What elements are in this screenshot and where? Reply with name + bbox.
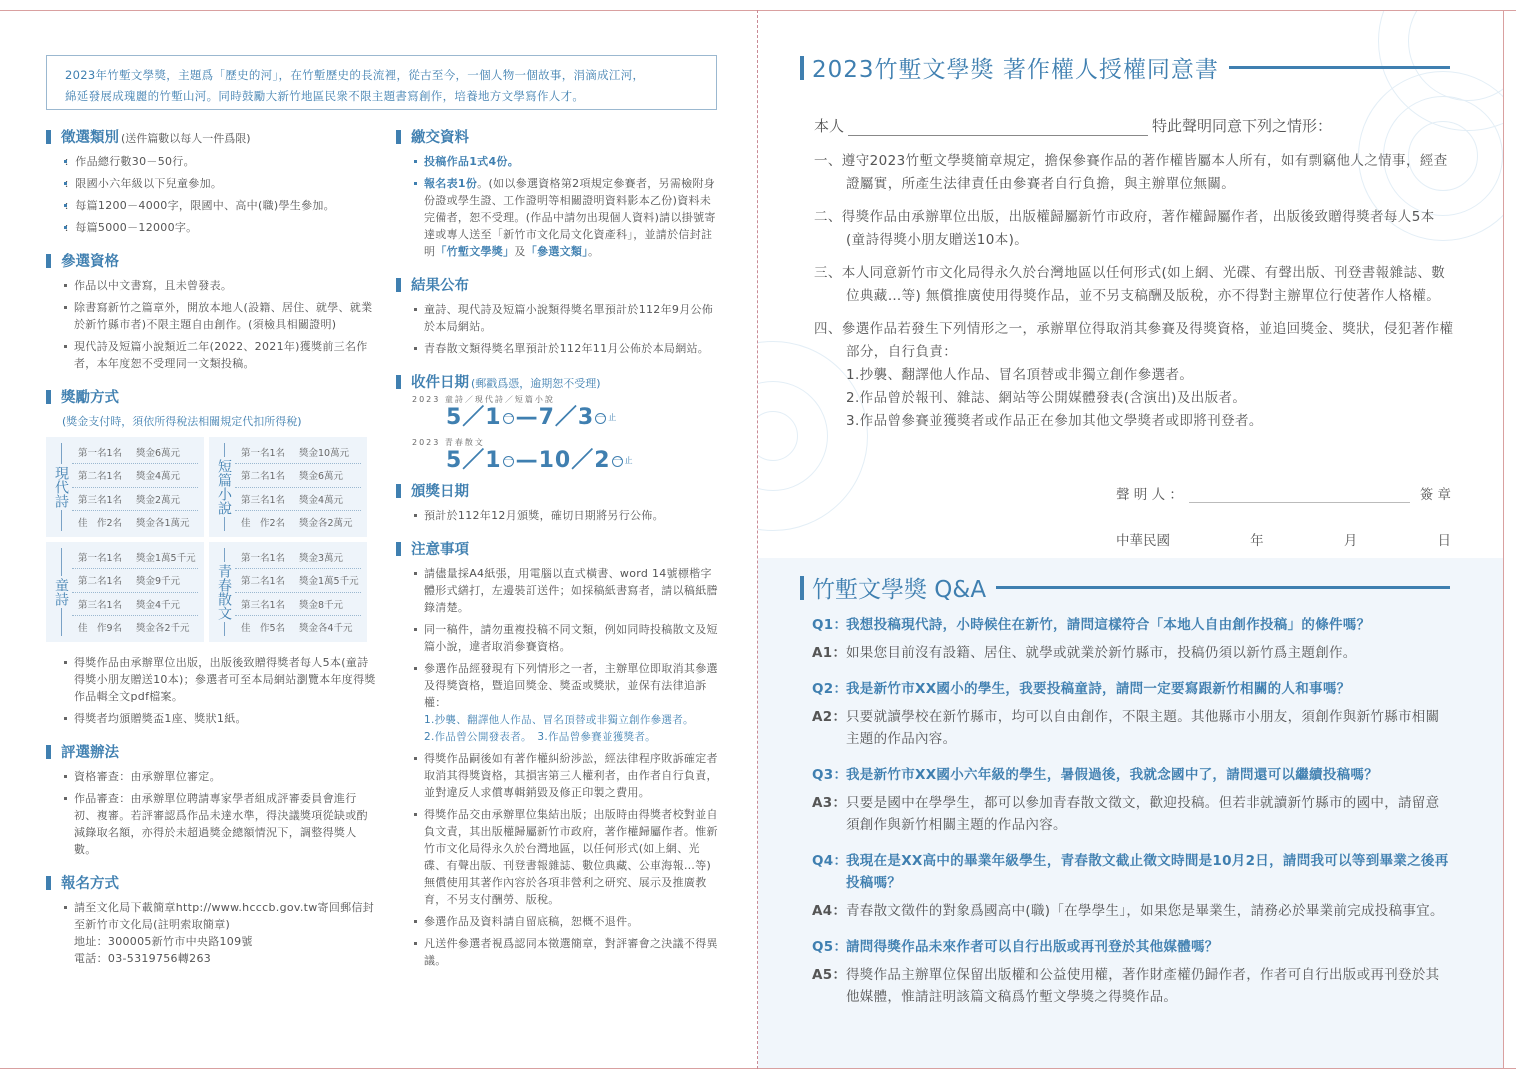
- trim-line-bottom: [0, 1068, 1516, 1069]
- consent-form: 本人 特此聲明同意下列之情形： 一、遵守2023竹塹文學獎簡章規定，擔保參賽作品…: [814, 115, 1454, 443]
- award-category-label: 短篇小說: [213, 441, 235, 533]
- judging-list: 資格審查：由承辦單位審定。 作品審查：由承辦單位聘請專家學者組成評審委員會進行初…: [46, 768, 376, 858]
- title-bar-icon: [800, 56, 804, 80]
- title-rule: [1229, 66, 1450, 69]
- qa-item: Q1：我想投稿現代詩，小時候住在新竹，請問這樣符合「本地人自由創作投稿」的條件嗎…: [812, 614, 1452, 664]
- eligibility-item: 除書寫新竹之篇章外，開放本地人(設籍、居住、就學、就業於新竹縣市者)不限主題自由…: [64, 299, 376, 333]
- award-row: 第二名1名獎金9千元: [72, 569, 198, 592]
- eligibility-item: 作品以中文書寫，且未曾發表。: [64, 277, 376, 294]
- right-page: 2023竹塹文學獎 著作權人授權同意書 本人 特此聲明同意下列之情形： 一、遵守…: [758, 11, 1503, 1068]
- category-item: 現 代 詩：作品總行數30－50行。: [64, 153, 376, 170]
- section-title-categories: 徵選類別 (送件篇數以每人一件爲限): [46, 126, 376, 147]
- consent-intro: 本人 特此聲明同意下列之情形：: [814, 115, 1454, 136]
- submission-list: 投稿作品1式4份。 報名表1份。(如以參選資格第2項規定參賽者，另需檢附身份證或…: [396, 153, 721, 260]
- award-row: 第二名1名獎金1萬5千元: [235, 569, 361, 592]
- deadline-block-poetry-story: 2023 童詩／現代詩／短篇小說 5／1一—7／3一止: [412, 394, 721, 431]
- notes-item: 同一稿件，請勿重複投稿不同文類，例如同時投稿散文及短篇小說，違者取消參賽資格。: [414, 621, 721, 655]
- award-row: 第一名1名獎金1萬5千元: [72, 546, 198, 569]
- submission-item: 投稿作品1式4份。: [414, 153, 721, 170]
- consent-clause: 一、遵守2023竹塹文學獎簡章規定，擔保參賽作品的著作權皆屬本人所有，如有剽竊他…: [814, 150, 1454, 196]
- award-extra-item: 得獎者均頒贈獎盃1座、獎狀1紙。: [64, 710, 376, 727]
- category-item: 童 詩：限國小六年級以下兒童參加。: [64, 175, 376, 192]
- consent-title: 2023竹塹文學獎 著作權人授權同意書: [800, 51, 1450, 84]
- name-fill-line[interactable]: [848, 118, 1148, 136]
- award-box-children-poetry: 童詩 第一名1名獎金1萬5千元 第二名1名獎金9千元 第三名1名獎金4千元 佳 …: [46, 542, 204, 642]
- left-column-a: 徵選類別 (送件篇數以每人一件爲限) 現 代 詩：作品總行數30－50行。 童 …: [46, 126, 376, 981]
- eligibility-list: 作品以中文書寫，且未曾發表。 除書寫新竹之篇章外，開放本地人(設籍、居住、就學、…: [46, 277, 376, 372]
- section-title-deadline: 收件日期 (郵戳爲憑，逾期恕不受理): [396, 371, 721, 392]
- notes-item: 得獎作品交由承辦單位集結出版；出版時由得獎者校對並自負文責，其出版權歸屬新竹市政…: [414, 806, 721, 908]
- award-row: 第三名1名獎金8千元: [235, 593, 361, 616]
- award-row: 第三名1名獎金4萬元: [235, 488, 361, 511]
- section-bar-icon: [396, 484, 401, 498]
- question: Q4：我現在是XX高中的畢業年級學生，青春散文截止徵文時間是10月2日，請問我可…: [812, 850, 1452, 894]
- categories-list: 現 代 詩：作品總行數30－50行。 童 詩：限國小六年級以下兒童參加。 青春散…: [46, 153, 376, 236]
- section-title-awards: 獎勵方式: [46, 386, 376, 407]
- answer: A3：只要是國中在學學生，都可以參加青春散文徵文，歡迎投稿。但若非就讀新竹縣市的…: [812, 792, 1452, 836]
- section-title-eligibility: 參選資格: [46, 250, 376, 271]
- award-extra-list: 得獎作品由承辦單位出版，出版後致贈得獎者每人5本(童詩得獎小朋友贈送10本)；參…: [46, 654, 376, 727]
- intro-line-1: 2023年竹塹文學獎，主題爲「歷史的河」，在竹塹歷史的長流裡，從古至今，一個人物…: [65, 65, 698, 86]
- qa-list: Q1：我想投稿現代詩，小時候住在新竹，請問這樣符合「本地人自由創作投稿」的條件嗎…: [812, 614, 1452, 1022]
- section-bar-icon: [46, 876, 51, 890]
- notes-list: 請儘量採A4紙張，用電腦以直式橫書、word 14號標楷字體形式繕打，左邊裝訂送…: [396, 565, 721, 969]
- ceremony-list: 預計於112年12月頒獎，確切日期將另行公佈。: [396, 507, 721, 524]
- section-bar-icon: [396, 278, 401, 292]
- trim-line-right: [1503, 10, 1504, 1069]
- section-title-submission: 繳交資料: [396, 126, 721, 147]
- category-item: 青春散文：每篇1200－4000字，限國中、高中(職)學生參加。: [64, 197, 376, 214]
- weekday-circle-icon: 一: [503, 456, 514, 467]
- date-row: 中華民國 年 月 日: [1116, 529, 1451, 549]
- section-bar-icon: [46, 130, 51, 144]
- qa-item: Q2：我是新竹市XX國小的學生，我要投稿童詩，請問一定要寫跟新竹相關的人和事嗎？…: [812, 678, 1452, 750]
- ceremony-item: 預計於112年12月頒獎，確切日期將另行公佈。: [414, 507, 721, 524]
- section-bar-icon: [46, 254, 51, 268]
- title-bar-icon: [800, 576, 804, 600]
- award-category-label: 現代詩: [50, 441, 72, 533]
- registration-list: 請至文化局下載簡章http://www.hcccb.gov.tw寄回郵信封至新竹…: [46, 899, 376, 967]
- award-row: 第一名1名獎金6萬元: [72, 441, 198, 464]
- award-row: 佳 作2名獎金各1萬元: [72, 511, 198, 533]
- notes-item: 參選作品及資料請自留底稿，恕概不退件。: [414, 913, 721, 930]
- section-title-registration: 報名方式: [46, 872, 376, 893]
- award-category-label: 青春散文: [213, 546, 235, 638]
- award-extra-item: 得獎作品由承辦單位出版，出版後致贈得獎者每人5本(童詩得獎小朋友贈送10本)；參…: [64, 654, 376, 705]
- award-box-modern-poetry: 現代詩 第一名1名獎金6萬元 第二名1名獎金4萬元 第三名1名獎金2萬元 佳 作…: [46, 437, 204, 537]
- intro-box: 2023年竹塹文學獎，主題爲「歷史的河」，在竹塹歷史的長流裡，從古至今，一個人物…: [46, 55, 717, 110]
- weekday-circle-icon: 一: [612, 456, 623, 467]
- results-item: 青春散文類得獎名單預計於112年11月公佈於本局網站。: [414, 340, 721, 357]
- judging-item: 作品審查：由承辦單位聘請專家學者組成評審委員會進行初、複審。若評審認爲作品未達水…: [64, 790, 376, 858]
- qa-title: 竹塹文學獎 Q&A: [800, 571, 1450, 604]
- question: Q2：我是新竹市XX國小的學生，我要投稿童詩，請問一定要寫跟新竹相關的人和事嗎？: [812, 678, 1452, 700]
- section-title-results: 結果公布: [396, 274, 721, 295]
- intro-line-2: 綿延發展成瑰麗的竹塹山河。同時鼓勵大新竹地區民衆不限主題書寫創作，培養地方文學寫…: [65, 86, 698, 107]
- results-item: 童詩、現代詩及短篇小說類得獎名單預計於112年9月公佈於本局網站。: [414, 301, 721, 335]
- signature-row: 聲 明 人 ： 簽 章: [1116, 483, 1451, 503]
- notes-item: 凡送件參選者視爲認同本徵選簡章，對評審會之決議不得異議。: [414, 935, 721, 969]
- results-list: 童詩、現代詩及短篇小說類得獎名單預計於112年9月公佈於本局網站。 青春散文類得…: [396, 301, 721, 357]
- award-grid: 現代詩 第一名1名獎金6萬元 第二名1名獎金4萬元 第三名1名獎金2萬元 佳 作…: [46, 437, 376, 642]
- question: Q1：我想投稿現代詩，小時候住在新竹，請問這樣符合「本地人自由創作投稿」的條件嗎…: [812, 614, 1452, 636]
- notes-item: 參選作品經發現有下列情形之一者，主辦單位即取消其參選及得獎資格，暨追回獎金、獎盃…: [414, 660, 721, 745]
- award-category-label: 童詩: [50, 546, 72, 638]
- deadline-block-essay: 2023 青春散文 5／1一—10／2一止: [412, 437, 721, 474]
- eligibility-item: 現代詩及短篇小說類近二年(2022、2021年)獲獎前三名作者，本年度恕不受理同…: [64, 338, 376, 372]
- award-row: 第三名1名獎金4千元: [72, 593, 198, 616]
- signature-fill-line[interactable]: [1189, 485, 1410, 503]
- award-row: 第一名1名獎金10萬元: [235, 441, 361, 464]
- section-bar-icon: [46, 745, 51, 759]
- section-title-ceremony: 頒獎日期: [396, 480, 721, 501]
- left-column-b: 繳交資料 投稿作品1式4份。 報名表1份。(如以參選資格第2項規定參賽者，另需檢…: [396, 126, 721, 983]
- answer: A2：只要就讀學校在新竹縣市，均可以自由創作，不限主題。其他縣市小朋友，須創作與…: [812, 706, 1452, 750]
- consent-clause: 四、參選作品若發生下列情形之一，承辦單位得取消其參賽及得獎資格，並追回獎金、獎狀…: [814, 318, 1454, 433]
- deadline-range: 5／1一—7／3一止: [446, 405, 721, 431]
- notes-item: 請儘量採A4紙張，用電腦以直式橫書、word 14號標楷字體形式繕打，左邊裝訂送…: [414, 565, 721, 616]
- award-row: 第二名1名獎金6萬元: [235, 464, 361, 487]
- section-bar-icon: [396, 130, 401, 144]
- consent-clause: 二、得獎作品由承辦單位出版，出版權歸屬新竹市政府，著作權歸屬作者，出版後致贈得獎…: [814, 206, 1454, 252]
- section-title-judging: 評選辦法: [46, 741, 376, 762]
- question: Q5：請問得獎作品未來作者可以自行出版或再刊登於其他媒體嗎？: [812, 936, 1452, 958]
- qa-item: Q4：我現在是XX高中的畢業年級學生，青春散文截止徵文時間是10月2日，請問我可…: [812, 850, 1452, 922]
- award-box-youth-essay: 青春散文 第一名1名獎金3萬元 第二名1名獎金1萬5千元 第三名1名獎金8千元 …: [209, 542, 367, 642]
- qa-item: Q3：我是新竹市XX國小六年級的學生，暑假過後，我就念國中了，請問還可以繼續投稿…: [812, 764, 1452, 836]
- category-item: 短篇小說：每篇5000－12000字。: [64, 219, 376, 236]
- award-row: 第二名1名獎金4萬元: [72, 464, 198, 487]
- award-row: 第三名1名獎金2萬元: [72, 488, 198, 511]
- section-bar-icon: [396, 375, 401, 389]
- weekday-circle-icon: 一: [595, 413, 606, 424]
- award-row: 佳 作2名獎金各2萬元: [235, 511, 361, 533]
- question: Q3：我是新竹市XX國小六年級的學生，暑假過後，我就念國中了，請問還可以繼續投稿…: [812, 764, 1452, 786]
- award-row: 第一名1名獎金3萬元: [235, 546, 361, 569]
- answer: A5：得獎作品主辦單位保留出版權和公益使用權，著作財產權仍歸作者，作者可自行出版…: [812, 964, 1452, 1008]
- award-row: 佳 作9名獎金各2千元: [72, 616, 198, 638]
- award-tax-note: (獎金支付時，須依所得稅法相關規定代扣所得稅): [62, 413, 376, 429]
- deadline-range: 5／1一—10／2一止: [446, 448, 721, 474]
- award-row: 佳 作5名獎金各4千元: [235, 616, 361, 638]
- registration-item: 請至文化局下載簡章http://www.hcccb.gov.tw寄回郵信封至新竹…: [64, 899, 376, 967]
- submission-item: 報名表1份。(如以參選資格第2項規定參賽者，另需檢附身份證或學生證、工作證明等相…: [414, 175, 721, 260]
- answer: A4：青春散文徵件的對象爲國高中(職)「在學學生」，如果您是畢業生，請務必於畢業…: [812, 900, 1452, 922]
- section-title-notes: 注意事項: [396, 538, 721, 559]
- answer: A1：如果您目前沒有設籍、居住、就學或就業於新竹縣市，投稿仍須以新竹爲主題創作。: [812, 642, 1452, 664]
- weekday-circle-icon: 一: [503, 413, 514, 424]
- consent-clause: 三、本人同意新竹市文化局得永久於台灣地區以任何形式(如上網、光碟、有聲出版、刊登…: [814, 262, 1454, 308]
- section-bar-icon: [396, 542, 401, 556]
- title-rule: [996, 586, 1450, 589]
- section-bar-icon: [46, 390, 51, 404]
- judging-item: 資格審查：由承辦單位審定。: [64, 768, 376, 785]
- award-box-short-story: 短篇小說 第一名1名獎金10萬元 第二名1名獎金6萬元 第三名1名獎金4萬元 佳…: [209, 437, 367, 537]
- notes-item: 得獎作品嗣後如有著作權糾紛涉訟，經法律程序敗訴確定者取消其得獎資格，其損害第三人…: [414, 750, 721, 801]
- qa-item: Q5：請問得獎作品未來作者可以自行出版或再刊登於其他媒體嗎？ A5：得獎作品主辦…: [812, 936, 1452, 1008]
